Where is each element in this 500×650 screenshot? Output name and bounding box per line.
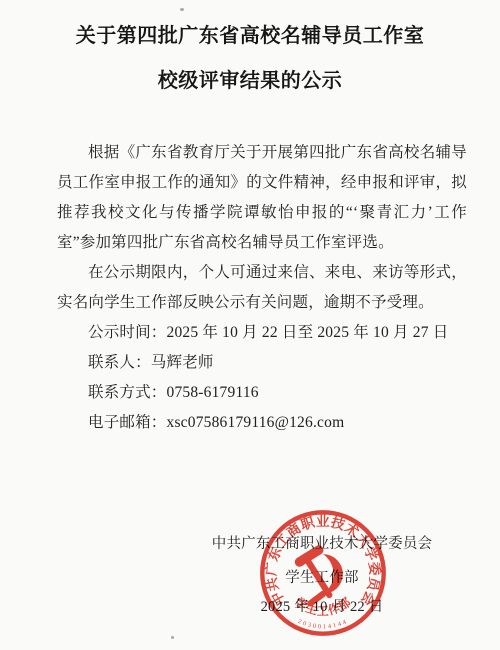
info-line-contact-person: 联系人：马辉老师	[57, 348, 467, 378]
notice-document: 关于第四批广东省高校名辅导员工作室 校级评审结果的公示 根据《广东省教育厅关于开…	[0, 0, 500, 650]
info-line-contact-email: 电子邮箱：xsc07586179116@126.com	[57, 408, 467, 438]
body-paragraph-feedback: 在公示期限内，个人可通过来信、来电、来访等形式，实名向学生工作部反映公示有关问题…	[57, 258, 467, 318]
hammer-sickle-icon	[299, 550, 342, 603]
body-paragraph-basis: 根据《广东省教育厅关于开展第四批广东省高校名辅导员工作室申报工作的通知》的文件精…	[57, 138, 467, 258]
notice-title-line-1: 关于第四批广东省高校名辅导员工作室	[0, 22, 500, 50]
notice-title-line-2: 校级评审结果的公示	[0, 67, 500, 95]
info-line-contact-phone: 联系方式：0758-6179116	[57, 378, 467, 408]
scan-speck	[171, 636, 174, 639]
scan-speck	[180, 8, 184, 11]
official-seal: 中共广东工商职业技术大学委员会 学生工作部 2030014144	[256, 506, 390, 640]
info-line-publicity-period: 公示时间：2025 年 10 月 22 日至 2025 年 10 月 27 日	[57, 318, 467, 348]
notice-body: 根据《广东省教育厅关于开展第四批广东省高校名辅导员工作室申报工作的通知》的文件精…	[57, 138, 467, 438]
